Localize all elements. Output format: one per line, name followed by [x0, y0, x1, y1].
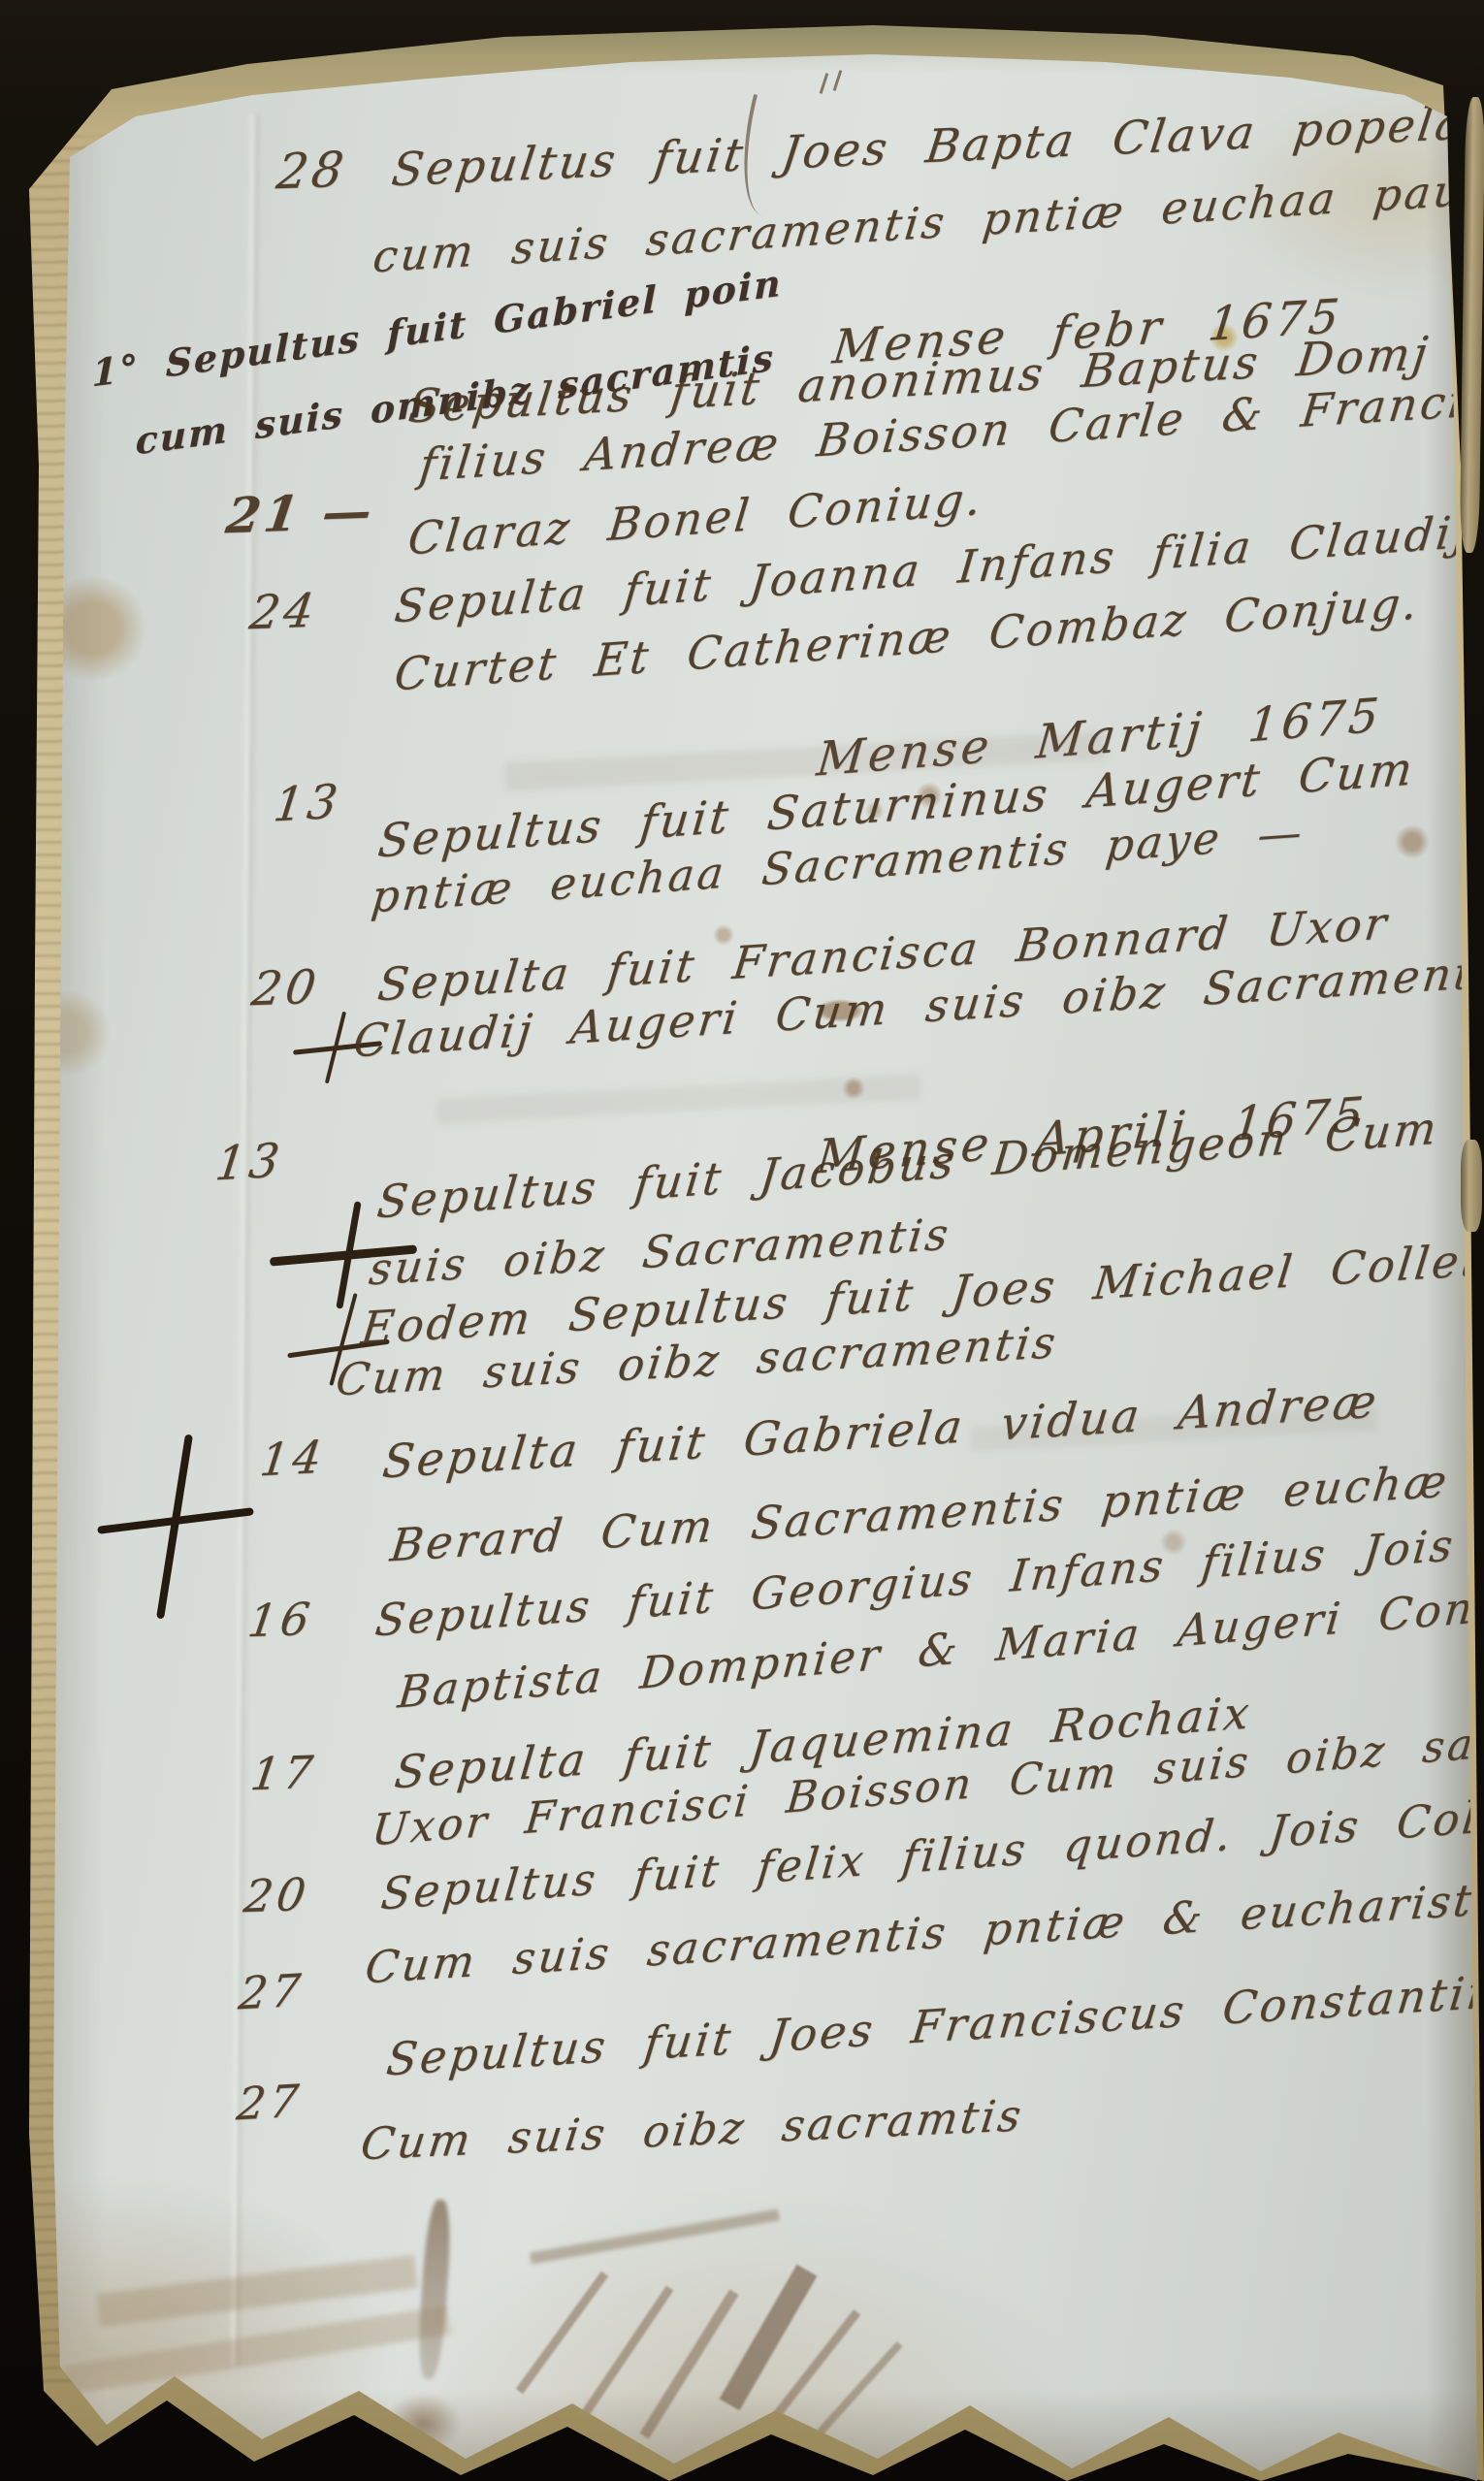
entry-day-number: 13	[212, 1133, 286, 1191]
ghost-writing-faint	[96, 2255, 418, 2327]
ghost-stroke	[530, 2209, 780, 2265]
large-margin-cross-icon	[97, 1434, 262, 1627]
ghost-stroke	[639, 2289, 738, 2438]
adjacent-page-edge	[1461, 1140, 1482, 1232]
entry-day-number: 16	[244, 1593, 316, 1648]
ghost-stroke	[516, 2272, 608, 2395]
ghost-stroke	[813, 2341, 903, 2440]
ink-bleed-through	[436, 1074, 922, 1124]
entry-day-number: 20	[241, 1868, 312, 1923]
ink-smudge	[416, 2199, 454, 2379]
entry-text-line: Cum suis oibz sacramtis	[358, 2089, 1027, 2170]
tick-mark	[820, 73, 829, 94]
page-crease	[231, 114, 255, 2365]
entry-day-number: 17	[247, 1746, 319, 1801]
ghost-writing-faint	[63, 2305, 451, 2395]
ghost-stroke	[577, 2286, 674, 2424]
tick-mark	[833, 70, 843, 91]
entry-day-number: 20	[248, 960, 323, 1017]
entry-day-number: 13	[271, 774, 344, 832]
manuscript-page: 28 Sepultus fuit Joes Bapta Clava popela…	[0, 0, 1484, 2481]
entry-day-number: 24	[246, 584, 321, 641]
cross-stroke	[156, 1434, 193, 1620]
ghost-stroke	[720, 2265, 818, 2411]
entry-day-number: 27	[236, 1964, 306, 2020]
entry-text-line: Sepultus fuit Jacobus Domengeon Cum	[374, 1101, 1441, 1228]
entry-day-number: 27	[234, 2075, 305, 2131]
entry-day-number: 21 —	[223, 482, 379, 545]
entry-day-number: 28	[274, 142, 351, 201]
entry-text-line: Sepultus fuit Joes Franciscus Constantin	[384, 1965, 1484, 2086]
adjacent-page-edge	[1460, 97, 1484, 553]
entry-day-number: 14	[257, 1431, 328, 1487]
photograph-background: 28 Sepultus fuit Joes Bapta Clava popela…	[0, 0, 1484, 2481]
